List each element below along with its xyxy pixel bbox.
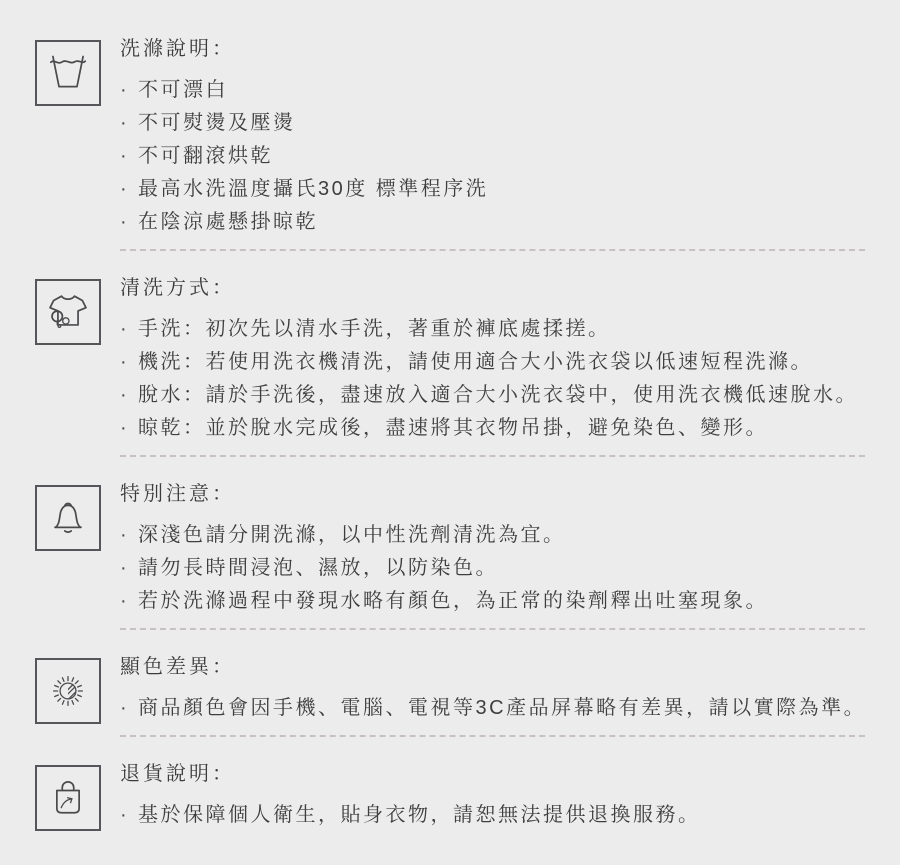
instruction-text: 商品顏色會因手機、電腦、電視等3C產品屏幕略有差異，請以實際為準。 [138, 692, 866, 725]
instruction-text: 不可熨燙及壓燙 [138, 107, 296, 140]
bullet-dot: · [120, 552, 138, 585]
list-item: · 不可漂白 [120, 74, 870, 107]
instruction-text: 在陰涼處懸掛晾乾 [138, 206, 318, 239]
section-special-notes: 特別注意： · 深淺色請分開洗滌，以中性洗劑清洗為宜。 · 請勿長時間浸泡、濕放… [35, 481, 870, 618]
list-item: · 手洗：初次先以清水手洗，著重於褲底處揉搓。 [120, 313, 870, 346]
bullet-dot: · [120, 379, 138, 412]
dashed-divider [120, 249, 865, 251]
bullet-dot: · [120, 412, 138, 445]
instruction-text: 若於洗滌過程中發現水略有顏色，為正常的染劑釋出吐塞現象。 [138, 585, 768, 618]
instruction-text: 機洗：若使用洗衣機清洗，請使用適合大小洗衣袋以低速短程洗滌。 [138, 346, 813, 379]
tshirt-bubbles-icon [35, 279, 101, 345]
bullet-dot: · [120, 206, 138, 239]
list-item: · 在陰涼處懸掛晾乾 [120, 206, 870, 239]
bullet-dot: · [120, 585, 138, 618]
bullet-dot: · [120, 173, 138, 206]
instruction-text: 不可翻滾烘乾 [138, 140, 273, 173]
bullet-dot: · [120, 74, 138, 107]
instruction-text: 基於保障個人衛生，貼身衣物，請恕無法提供退換服務。 [138, 799, 701, 832]
list-item: · 深淺色請分開洗滌，以中性洗劑清洗為宜。 [120, 519, 870, 552]
list-item: · 商品顏色會因手機、電腦、電視等3C產品屏幕略有差異，請以實際為準。 [120, 692, 870, 725]
dashed-divider [120, 455, 865, 457]
bullet-dot: · [120, 107, 138, 140]
bullet-dot: · [120, 346, 138, 379]
bullet-dot: · [120, 799, 138, 832]
list-item: · 若於洗滌過程中發現水略有顏色，為正常的染劑釋出吐塞現象。 [120, 585, 870, 618]
section-title: 顯色差異： [120, 654, 870, 680]
wash-basin-icon [35, 40, 101, 106]
bullet-dot: · [120, 313, 138, 346]
instruction-text: 深淺色請分開洗滌，以中性洗劑清洗為宜。 [138, 519, 566, 552]
dashed-divider [120, 735, 865, 737]
list-item: · 晾乾：並於脫水完成後，盡速將其衣物吊掛，避免染色、變形。 [120, 412, 870, 445]
shopping-bag-return-icon [35, 765, 101, 831]
care-instructions-page: 洗滌說明： · 不可漂白 · 不可熨燙及壓燙 · 不可翻滾烘乾 · 最高水洗溫度… [0, 0, 900, 832]
section-washing-instructions: 洗滌說明： · 不可漂白 · 不可熨燙及壓燙 · 不可翻滾烘乾 · 最高水洗溫度… [35, 36, 870, 239]
list-item: · 不可翻滾烘乾 [120, 140, 870, 173]
instruction-text: 請勿長時間浸泡、濕放，以防染色。 [138, 552, 498, 585]
bullet-dot: · [120, 140, 138, 173]
bullet-dot: · [120, 692, 138, 725]
section-title: 退貨說明： [120, 761, 870, 787]
instruction-text: 不可漂白 [138, 74, 228, 107]
instruction-text: 脫水：請於手洗後，盡速放入適合大小洗衣袋中，使用洗衣機低速脫水。 [138, 379, 858, 412]
bell-icon [35, 485, 101, 551]
dashed-divider [120, 628, 865, 630]
instruction-text: 最高水洗溫度攝氏30度 標準程序洗 [138, 173, 488, 206]
section-title: 洗滌說明： [120, 36, 870, 62]
list-item: · 請勿長時間浸泡、濕放，以防染色。 [120, 552, 870, 585]
list-item: · 機洗：若使用洗衣機清洗，請使用適合大小洗衣袋以低速短程洗滌。 [120, 346, 870, 379]
instruction-text: 晾乾：並於脫水完成後，盡速將其衣物吊掛，避免染色、變形。 [138, 412, 768, 445]
list-item: · 不可熨燙及壓燙 [120, 107, 870, 140]
section-title: 清洗方式： [120, 275, 870, 301]
list-item: · 基於保障個人衛生，貼身衣物，請恕無法提供退換服務。 [120, 799, 870, 832]
section-return-policy: 退貨說明： · 基於保障個人衛生，貼身衣物，請恕無法提供退換服務。 [35, 761, 870, 832]
section-title: 特別注意： [120, 481, 870, 507]
sun-contrast-icon [35, 658, 101, 724]
section-cleaning-method: 清洗方式： · 手洗：初次先以清水手洗，著重於褲底處揉搓。 · 機洗：若使用洗衣… [35, 275, 870, 445]
instruction-text: 手洗：初次先以清水手洗，著重於褲底處揉搓。 [138, 313, 611, 346]
bullet-dot: · [120, 519, 138, 552]
section-color-difference: 顯色差異： · 商品顏色會因手機、電腦、電視等3C產品屏幕略有差異，請以實際為準… [35, 654, 870, 725]
list-item: · 脫水：請於手洗後，盡速放入適合大小洗衣袋中，使用洗衣機低速脫水。 [120, 379, 870, 412]
list-item: · 最高水洗溫度攝氏30度 標準程序洗 [120, 173, 870, 206]
